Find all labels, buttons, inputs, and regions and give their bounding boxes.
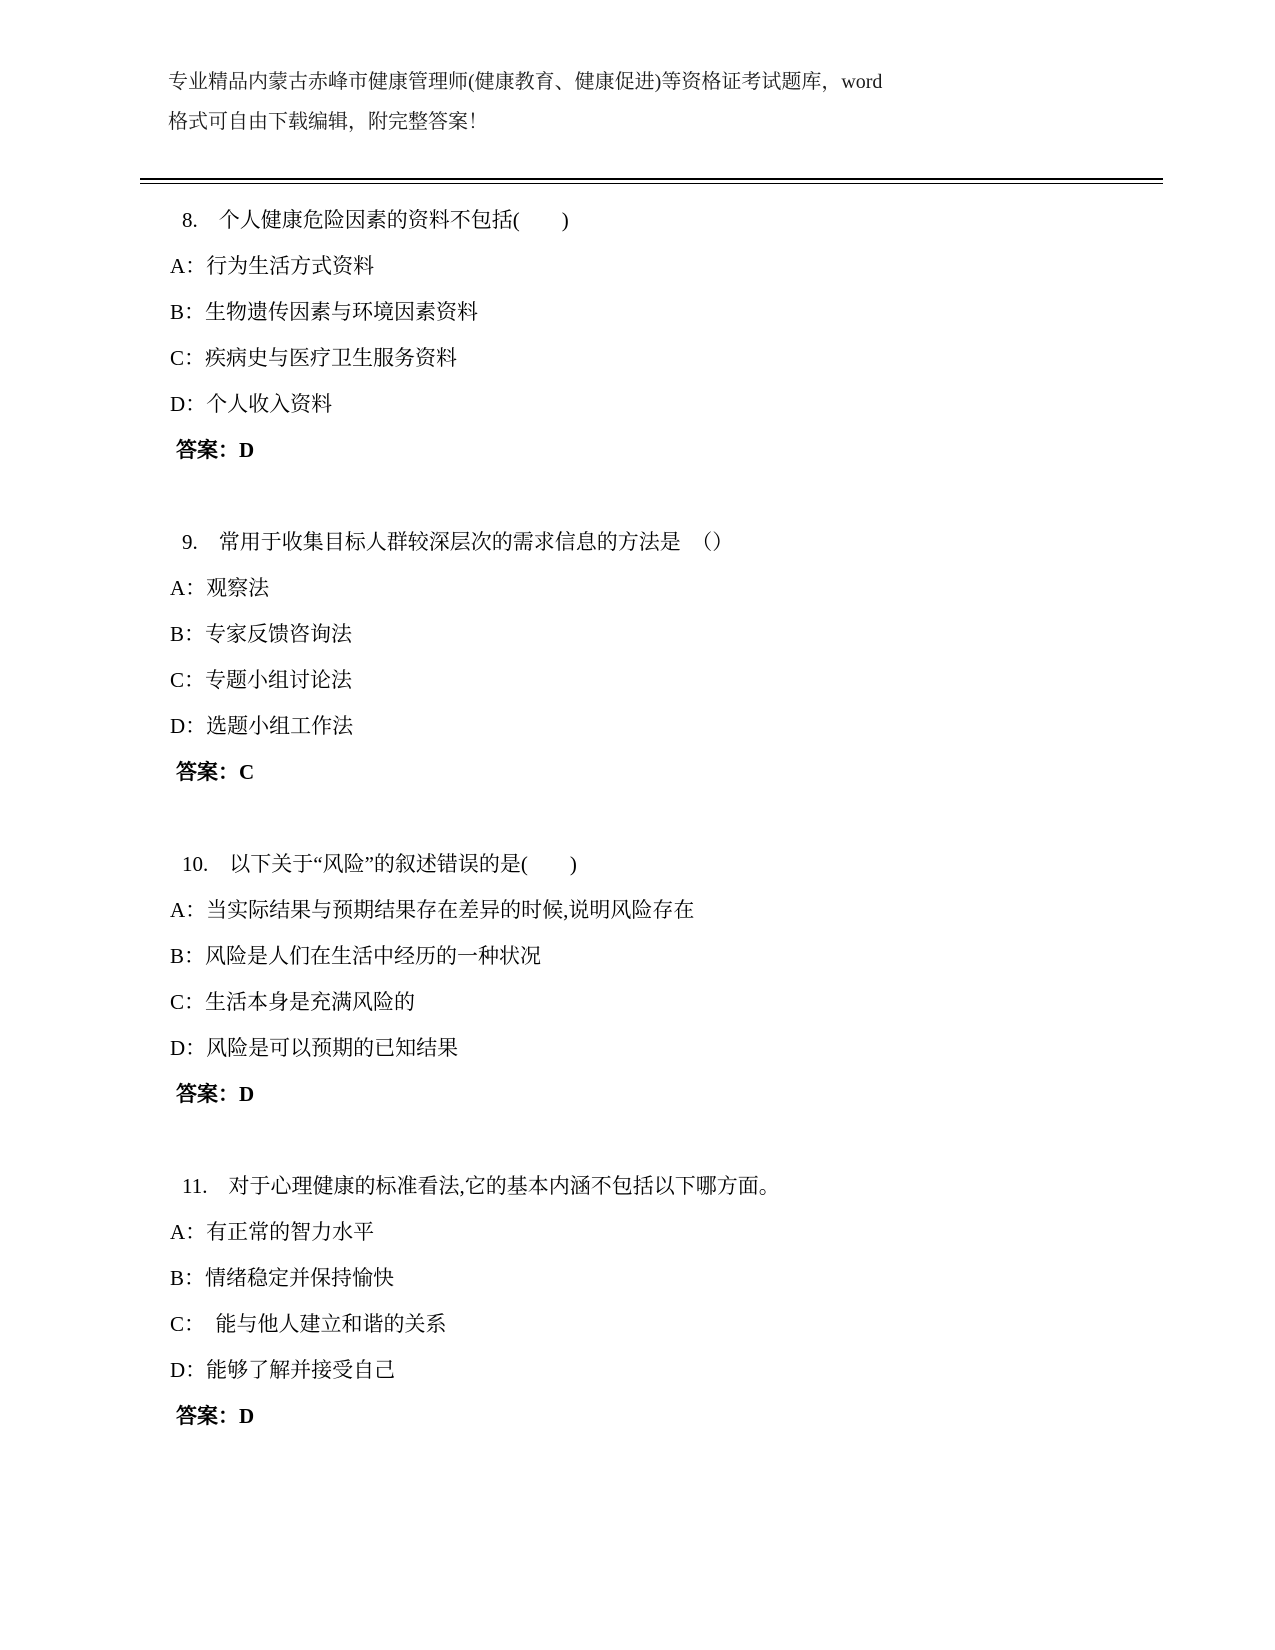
- header-line-2: 格式可自由下载编辑，附完整答案！: [140, 102, 1163, 142]
- header-line-1: 专业精品内蒙古赤峰市健康管理师(健康教育、健康促进)等资格证考试题库，word: [140, 62, 1163, 102]
- question-block-8: 8. 个人健康危险因素的资料不包括( ) A：行为生活方式资料 B：生物遗传因素…: [140, 197, 1163, 473]
- question-option-a: A：有正常的智力水平: [140, 1209, 1163, 1255]
- question-block-11: 11. 对于心理健康的标准看法,它的基本内涵不包括以下哪方面。 A：有正常的智力…: [140, 1163, 1163, 1439]
- page-header: 专业精品内蒙古赤峰市健康管理师(健康教育、健康促进)等资格证考试题库，word …: [140, 62, 1163, 184]
- question-answer: 答案：D: [140, 1393, 1163, 1439]
- question-stem: 9. 常用于收集目标人群较深层次的需求信息的方法是 （）: [140, 519, 1163, 565]
- question-stem: 11. 对于心理健康的标准看法,它的基本内涵不包括以下哪方面。: [140, 1163, 1163, 1209]
- question-option-c: C：生活本身是充满风险的: [140, 979, 1163, 1025]
- question-option-a: A：观察法: [140, 565, 1163, 611]
- question-answer: 答案：D: [140, 427, 1163, 473]
- question-option-c: C： 能与他人建立和谐的关系: [140, 1301, 1163, 1347]
- question-answer: 答案：D: [140, 1071, 1163, 1117]
- question-option-b: B：风险是人们在生活中经历的一种状况: [140, 933, 1163, 979]
- document-page: 专业精品内蒙古赤峰市健康管理师(健康教育、健康促进)等资格证考试题库，word …: [0, 0, 1275, 1650]
- question-block-9: 9. 常用于收集目标人群较深层次的需求信息的方法是 （） A：观察法 B：专家反…: [140, 519, 1163, 795]
- question-option-a: A：当实际结果与预期结果存在差异的时候,说明风险存在: [140, 887, 1163, 933]
- header-divider: [140, 178, 1163, 184]
- question-option-b: B：专家反馈咨询法: [140, 611, 1163, 657]
- document-content: 专业精品内蒙古赤峰市健康管理师(健康教育、健康促进)等资格证考试题库，word …: [140, 62, 1163, 1439]
- question-option-c: C：专题小组讨论法: [140, 657, 1163, 703]
- question-option-c: C：疾病史与医疗卫生服务资料: [140, 335, 1163, 381]
- question-option-d: D：个人收入资料: [140, 381, 1163, 427]
- question-option-a: A：行为生活方式资料: [140, 243, 1163, 289]
- question-answer: 答案：C: [140, 749, 1163, 795]
- question-option-b: B：生物遗传因素与环境因素资料: [140, 289, 1163, 335]
- question-option-b: B：情绪稳定并保持愉快: [140, 1255, 1163, 1301]
- question-block-10: 10. 以下关于“风险”的叙述错误的是( ) A：当实际结果与预期结果存在差异的…: [140, 841, 1163, 1117]
- question-stem: 10. 以下关于“风险”的叙述错误的是( ): [140, 841, 1163, 887]
- question-option-d: D：能够了解并接受自己: [140, 1347, 1163, 1393]
- questions-area: 8. 个人健康危险因素的资料不包括( ) A：行为生活方式资料 B：生物遗传因素…: [140, 197, 1163, 1439]
- question-option-d: D：风险是可以预期的已知结果: [140, 1025, 1163, 1071]
- question-option-d: D：选题小组工作法: [140, 703, 1163, 749]
- question-stem: 8. 个人健康危险因素的资料不包括( ): [140, 197, 1163, 243]
